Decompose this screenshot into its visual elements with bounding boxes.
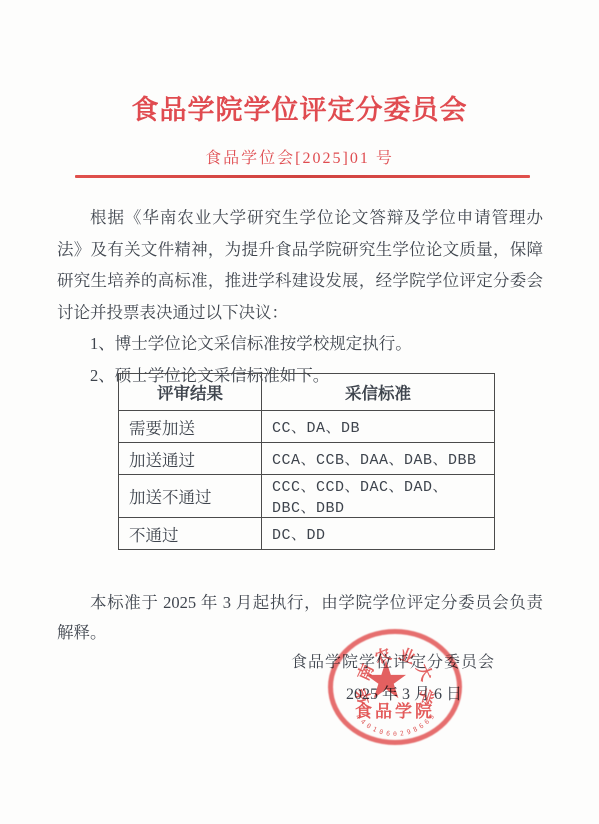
seal-code-digit: 4 bbox=[359, 718, 367, 727]
seal-code-digit: 4 bbox=[354, 713, 363, 721]
table-row: 加送通过 CCA、CCB、DAA、DAB、DBB bbox=[119, 443, 495, 475]
table-header-criteria: 采信标准 bbox=[262, 374, 495, 411]
table-row: 不通过 DC、DD bbox=[119, 518, 495, 550]
document-page: 食品学院学位评定分委员会 食品学位会[2025]01 号 根据《华南农业大学研究… bbox=[0, 0, 599, 824]
table-cell-criteria: CCA、CCB、DAA、DAB、DBB bbox=[262, 443, 495, 475]
table-cell-result: 加送通过 bbox=[119, 443, 262, 475]
seal-code-digit: 9 bbox=[406, 728, 412, 737]
table-header-result: 评审结果 bbox=[119, 374, 262, 411]
seal-code-digit: 0 bbox=[365, 722, 373, 731]
intro-paragraph: 根据《华南农业大学研究生学位论文答辩及学位申请管理办法》及有关文件精神，为提升食… bbox=[57, 202, 543, 328]
page-title: 食品学院学位评定分委员会 bbox=[0, 88, 599, 127]
closing-note: 本标准于 2025 年 3 月起执行，由学院学位评定分委员会负责解释。 bbox=[57, 588, 543, 648]
seal-code-digit: 6 bbox=[423, 718, 431, 727]
signature-name: 食品学院学位评定分委员会 bbox=[291, 649, 495, 672]
table-row: 加送不通过 CCC、CCD、DAC、DAD、DBC、DBD bbox=[119, 475, 495, 518]
seal-code-digit: 0 bbox=[393, 730, 397, 738]
doc-number: 食品学位会[2025]01 号 bbox=[0, 145, 599, 168]
criteria-table: 评审结果 采信标准 需要加送 CC、DA、DB 加送通过 CCA、CCB、DAA… bbox=[118, 373, 495, 550]
table-header-row: 评审结果 采信标准 bbox=[119, 374, 495, 411]
seal-code-digit: 0 bbox=[378, 728, 384, 737]
seal-code-digit: 2 bbox=[399, 729, 404, 737]
body-text-block: 根据《华南农业大学研究生学位论文答辩及学位申请管理办法》及有关文件精神，为提升食… bbox=[57, 202, 543, 391]
table-cell-criteria: CCC、CCD、DAC、DAD、DBC、DBD bbox=[262, 475, 495, 518]
signature-date: 2025 年 3 月 6 日 bbox=[346, 681, 462, 704]
table-cell-result: 不通过 bbox=[119, 518, 262, 550]
table-cell-result: 加送不通过 bbox=[119, 475, 262, 518]
table-cell-criteria: CC、DA、DB bbox=[262, 411, 495, 443]
seal-code-digit: 6 bbox=[418, 722, 426, 731]
header-divider-rule bbox=[75, 175, 530, 178]
table-cell-criteria: DC、DD bbox=[262, 518, 495, 550]
seal-code-digit: 8 bbox=[412, 725, 419, 734]
seal-code-digit: 6 bbox=[386, 729, 391, 737]
list-item-1: 1、博士学位论文采信标准按学校规定执行。 bbox=[57, 328, 543, 360]
table-cell-result: 需要加送 bbox=[119, 411, 262, 443]
seal-code-digit: 5 bbox=[427, 713, 436, 721]
table-row: 需要加送 CC、DA、DB bbox=[119, 411, 495, 443]
seal-code-digit: 1 bbox=[371, 725, 378, 734]
